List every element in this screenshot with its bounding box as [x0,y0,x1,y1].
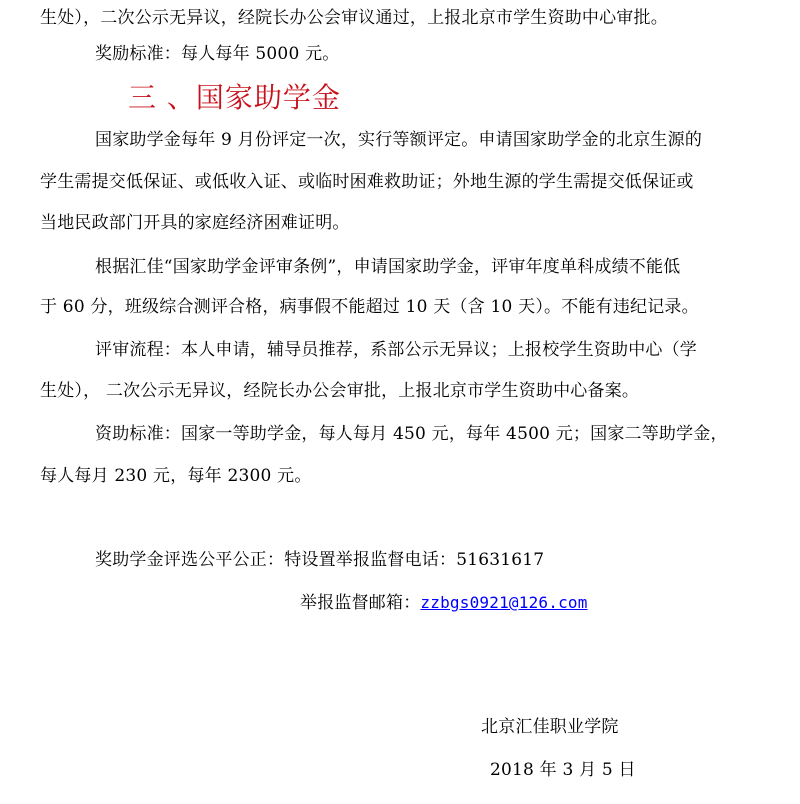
signature-date: 2018 年 3 月 5 日 [490,760,636,780]
paragraph-line: 当地民政部门开具的家庭经济困难证明。 [40,213,350,233]
paragraph-line: 生处），二次公示无异议，经院长办公会审议通过，上报北京市学生资助中心审批。 [40,8,668,28]
award-standard-text: 奖励标准：每人每年 5000 元。 [95,44,339,64]
section-heading: 三 、国家助学金 [128,82,341,114]
paragraph-line: 资助标准：国家一等助学金，每人每月 450 元，每年 4500 元；国家二等助学… [95,424,728,444]
paragraph-line: 每人每月 230 元，每年 2300 元。 [40,466,312,486]
paragraph-line: 学生需提交低保证、或低收入证、或临时困难救助证；外地生源的学生需提交低保证或 [40,172,694,192]
paragraph-line: 生处）， 二次公示无异议，经院长办公会审批，上报北京市学生资助中心备案。 [40,381,639,401]
paragraph-line: 国家助学金每年 9 月份评定一次，实行等额评定。申请国家助学金的北京生源的 [95,130,702,150]
signature-org: 北京汇佳职业学院 [481,717,619,737]
email-label: 举报监督邮箱： [300,593,420,613]
email-link[interactable]: zzbgs0921@126.com [420,593,587,612]
supervision-email-line: 举报监督邮箱：zzbgs0921@126.com [300,593,588,613]
supervision-phone-text: 奖助学金评选公平公正：特设置举报监督电话：51631617 [95,550,544,570]
paragraph-line: 根据汇佳“国家助学金评审条例”，申请国家助学金，评审年度单科成绩不能低 [95,257,680,277]
paragraph-line: 评审流程：本人申请，辅导员推荐，系部公示无异议；上报校学生资助中心（学 [95,340,697,360]
paragraph-line: 于 60 分，班级综合测评合格，病事假不能超过 10 天（含 10 天）。不能有… [40,297,699,317]
